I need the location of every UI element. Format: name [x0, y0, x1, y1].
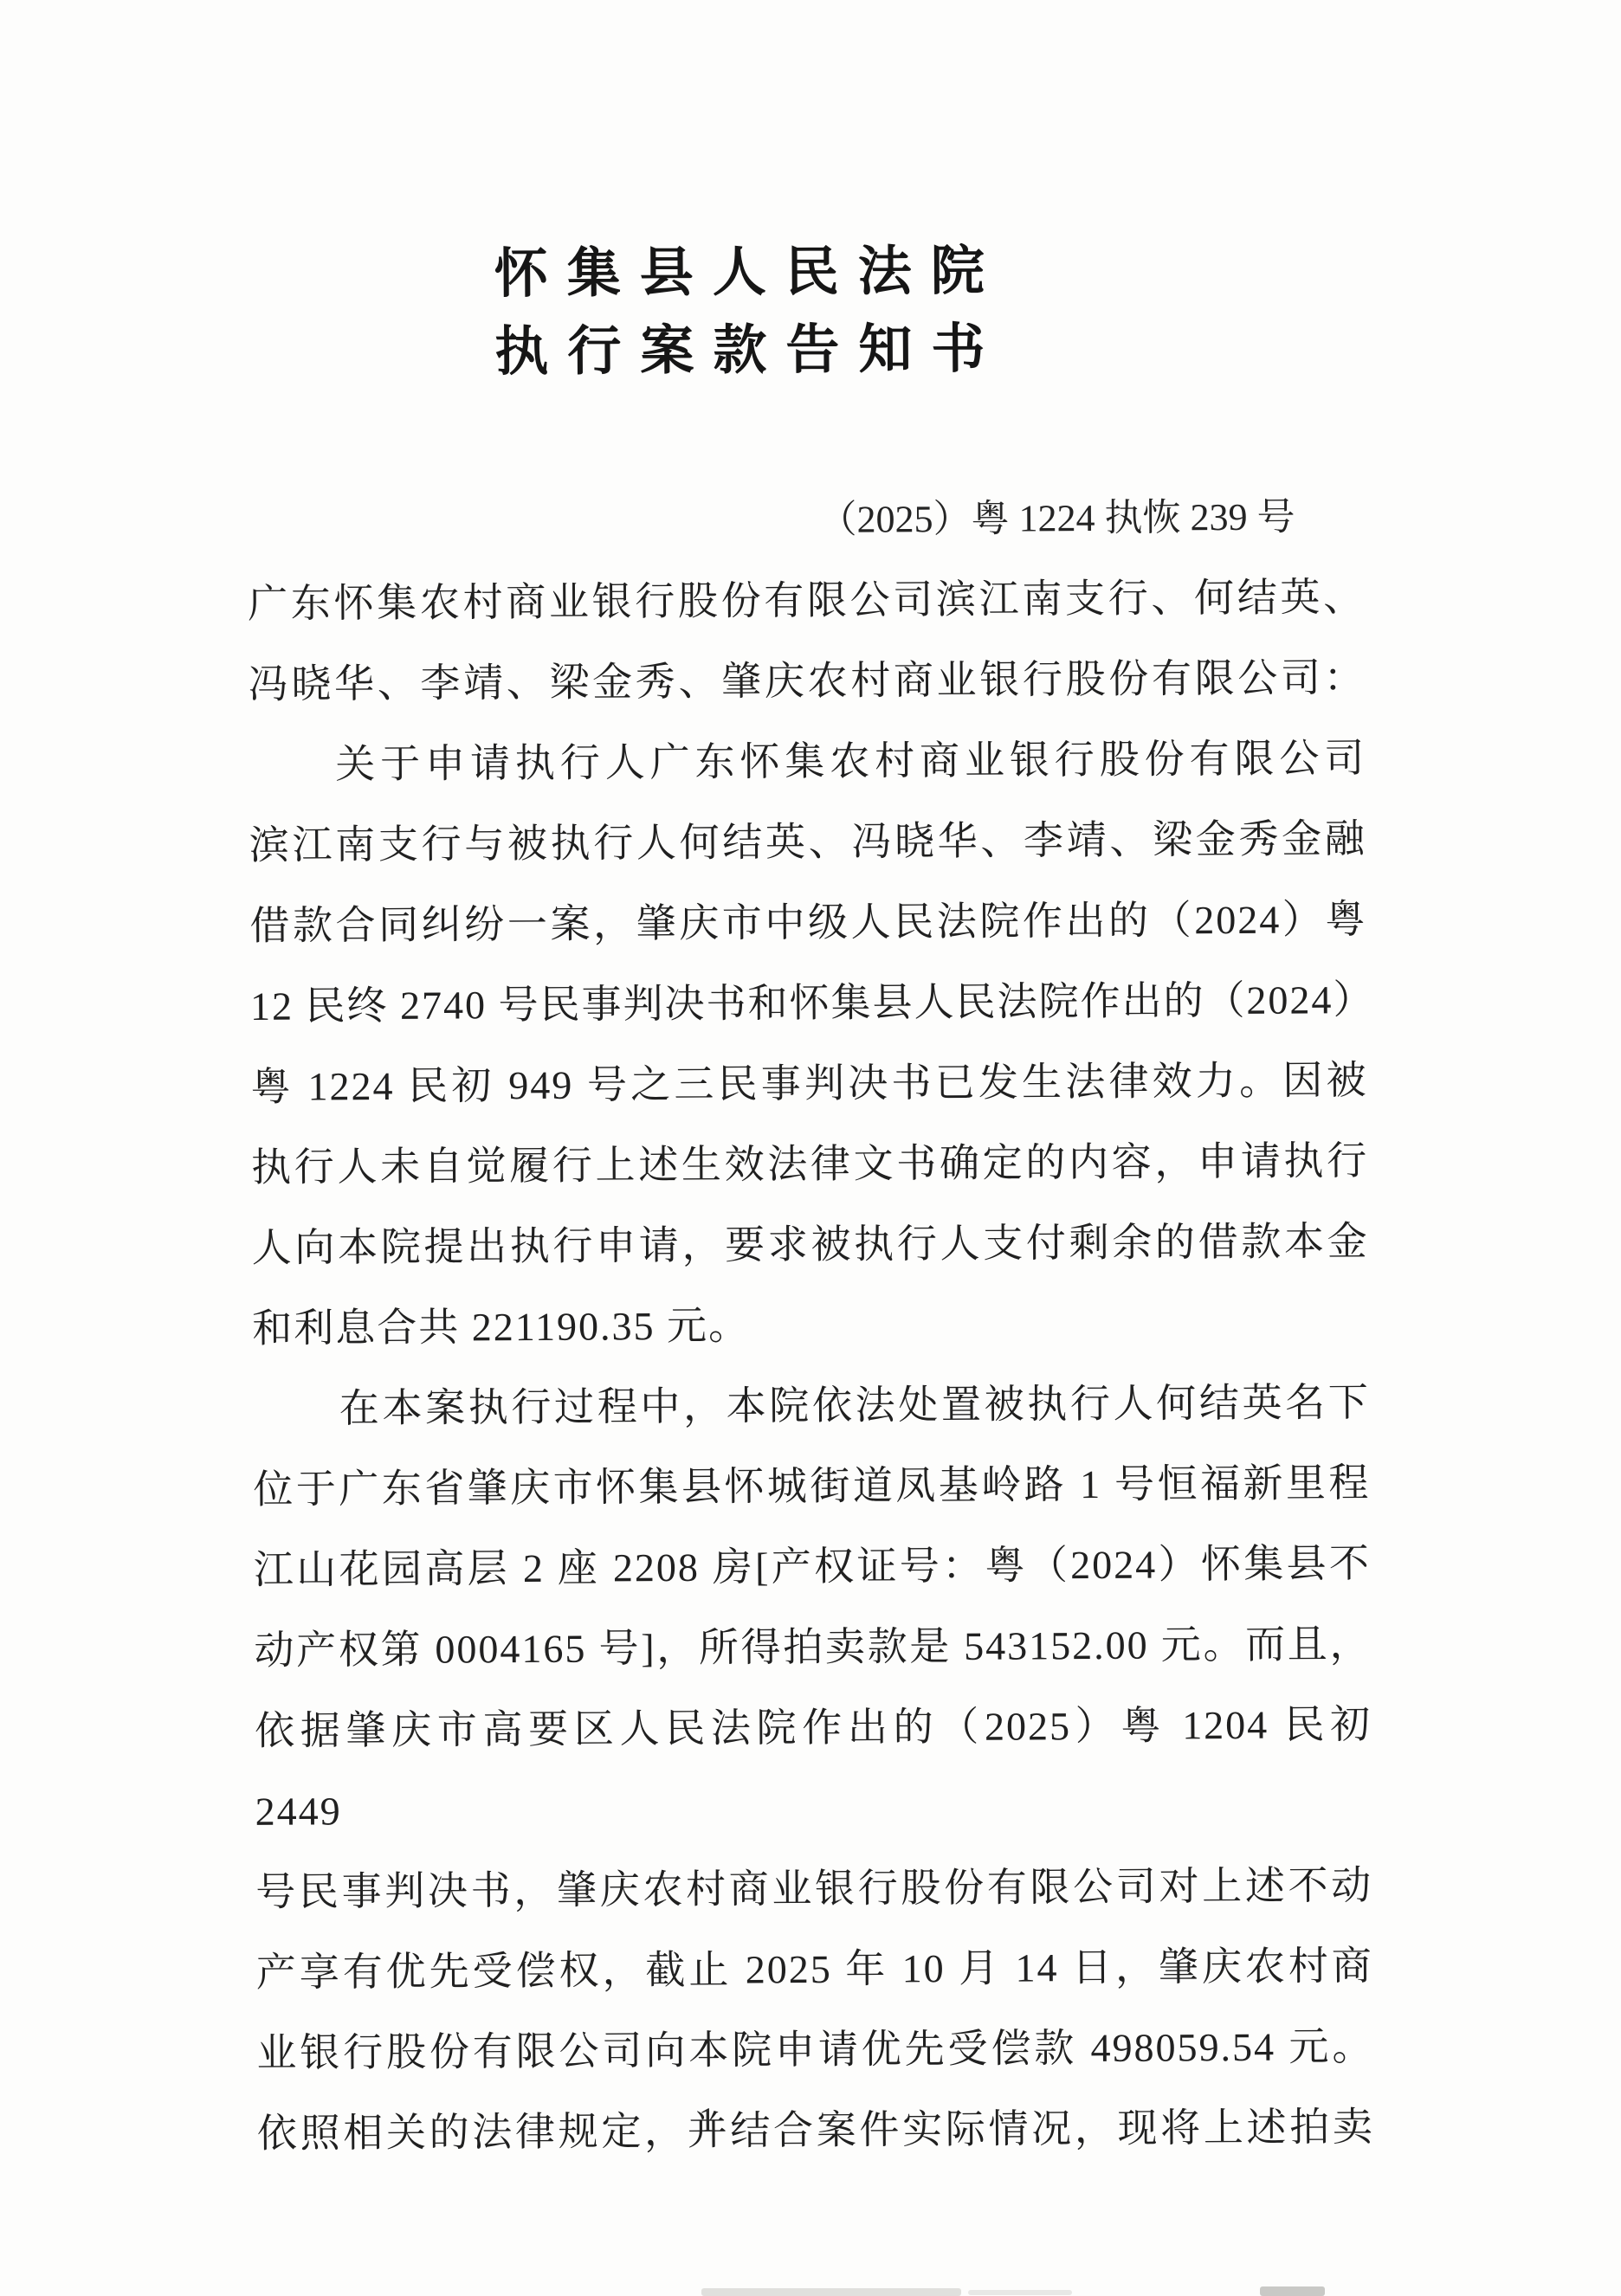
body-line: 执行人未自觉履行上述生效法律文书确定的内容，申请执行	[251, 1120, 1369, 1208]
addressee-line: 广东怀集农村商业银行股份有限公司滨江南支行、何结英、	[248, 557, 1366, 644]
body-line: 位于广东省肇庆市怀集县怀城街道凤基岭路 1 号恒福新里程	[253, 1442, 1371, 1530]
body-line: 和利息合共 221190.35 元。	[252, 1281, 1370, 1369]
body-line: 12 民终 2740 号民事判决书和怀集县人民法院作出的（2024）	[250, 959, 1368, 1047]
body-line: 江山花园高层 2 座 2208 房[产权证号：粤（2024）怀集县不	[254, 1523, 1372, 1610]
addressee-line: 冯晓华、李靖、梁金秀、肇庆农村商业银行股份有限公司：	[248, 637, 1366, 725]
scan-artifact	[701, 2288, 961, 2296]
document-page: 怀集县人民法院 执行案款告知书 （2025）粤 1224 执恢 239 号 广东…	[0, 0, 1621, 2296]
body-line: 粤 1224 民初 949 号之三民事判决书已发生法律效力。因被	[250, 1040, 1368, 1127]
body-line: 依照相关的法律规定，并结合案件实际情况，现将上述拍卖	[257, 2086, 1375, 2174]
body-line: 在本案执行过程中，本院依法处置被执行人何结英名下	[253, 1362, 1371, 1449]
body-line: 依据肇庆市高要区人民法院作出的（2025）粤 1204 民初 2449	[255, 1684, 1372, 1852]
scan-artifact	[968, 2290, 1072, 2295]
body-line: 号民事判决书，肇庆农村商业银行股份有限公司对上述不动	[255, 1845, 1373, 1932]
scan-artifact	[1260, 2286, 1325, 2296]
paragraph-1: 关于申请执行人广东怀集农村商业银行股份有限公司 滨江南支行与被执行人何结英、冯晓…	[249, 718, 1370, 1369]
body-line: 关于申请执行人广东怀集农村商业银行股份有限公司	[249, 718, 1366, 805]
body-line: 产享有优先受偿权，截止 2025 年 10 月 14 日，肇庆农村商	[256, 1925, 1374, 2013]
body-line: 动产权第 0004165 号]，所得拍卖款是 543152.00 元。而且，	[254, 1603, 1372, 1691]
scanned-content: 怀集县人民法院 执行案款告知书 （2025）粤 1224 执恢 239 号 广东…	[0, 0, 1621, 2296]
body-line: 业银行股份有限公司向本院申请优先受偿款 498059.54 元。	[256, 2006, 1374, 2093]
body-line: 人向本院提出执行申请，要求被执行人支付剩余的借款本金	[251, 1201, 1369, 1288]
addressee-block: 广东怀集农村商业银行股份有限公司滨江南支行、何结英、 冯晓华、李靖、梁金秀、肇庆…	[248, 557, 1366, 725]
case-number: （2025）粤 1224 执恢 239 号	[247, 476, 1365, 564]
paragraph-2: 在本案执行过程中，本院依法处置被执行人何结英名下 位于广东省肇庆市怀集县怀城街道…	[253, 1362, 1375, 2174]
page-number: 1	[673, 2099, 742, 2140]
body-line: 滨江南支行与被执行人何结英、冯晓华、李靖、梁金秀金融	[249, 798, 1367, 886]
body-line: 借款合同纠纷一案，肇庆市中级人民法院作出的（2024）粤	[249, 879, 1367, 966]
document-header: 怀集县人民法院 执行案款告知书	[0, 229, 1560, 395]
document-title: 执行案款告知书	[0, 307, 1560, 395]
document-body: 广东怀集农村商业银行股份有限公司滨江南支行、何结英、 冯晓华、李靖、梁金秀、肇庆…	[248, 557, 1374, 2174]
court-name: 怀集县人民法院	[0, 229, 1560, 317]
